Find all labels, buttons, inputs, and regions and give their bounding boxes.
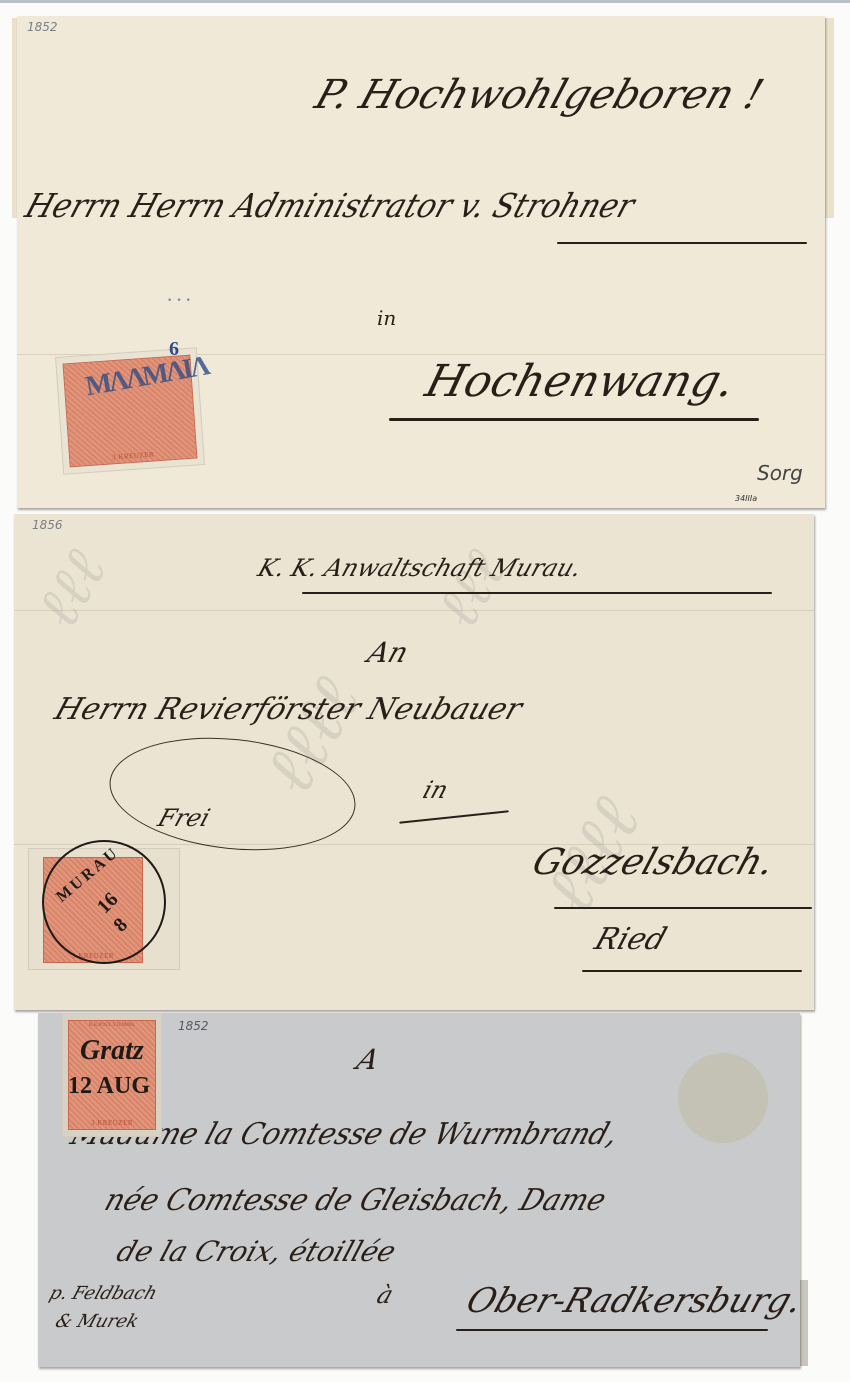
scan-top-edge [0,0,850,3]
address-line-4: de la Croix, étoillée [113,1235,401,1268]
stamp-value: 3 KREUZER [69,1119,155,1127]
address-line-3: in [377,306,396,330]
address-line-5: in [419,776,451,804]
stamp-value: 3 KREUZER [70,448,196,465]
postmark-day: 16 [93,888,123,918]
cancel-date: 12 AUG [68,1073,150,1100]
cover-2: ℓℓℓ ℓℓℓℓ ℓℓℓℓ ℓℓℓ 1856 K. K. Anwaltschaf… [14,514,814,1010]
underline [554,907,812,909]
underline [557,242,807,244]
address-line-1: A [353,1043,384,1076]
underline [399,810,509,823]
age-spot [678,1053,768,1143]
pencil-note-catalogue: 34IIIa [735,494,757,503]
fold-line [14,610,814,611]
blue-cancel-dots: · · · [167,292,191,310]
pencil-year: 1856 [32,518,63,532]
address-line-7: Ried [590,922,671,957]
stamp-top-text: K.K.POST. STEMPEL [69,1023,155,1028]
address-line-3: née Comtesse de Gleisbach, Dame [100,1183,610,1218]
show-through-writing: ℓℓℓ [22,539,120,639]
side-note-line-1: p. Feldbach [47,1283,160,1304]
address-line-4: Hochenwang. [420,356,740,407]
underline [582,970,802,972]
side-note-line-2: & Murek [53,1311,142,1332]
cover-1: 1852 P. Hochwohlgeboren ! Herrn Herrn Ad… [17,16,825,508]
address-line-1: P. Hochwohlgeboren ! [310,72,770,118]
postmark-month: 8 [109,914,132,937]
underline [302,592,772,594]
address-line-1: K. K. Anwaltschaft Murau. [254,554,585,582]
cover-3: 1852 A Madame la Comtesse de Wurmbrand, … [38,1013,800,1367]
pencil-year: 1852 [178,1019,209,1033]
underline [456,1329,768,1331]
address-line-2: An [364,636,413,669]
address-line-6: Gozzelsbach. [527,842,779,883]
postmark: MURAU 16 8 [42,840,166,964]
address-line-5: à [373,1281,396,1309]
address-line-2: Herrn Herrn Administrator v. Strohner [21,186,640,225]
pencil-note-signature: Sorg [757,461,803,485]
address-line-4: Frei [154,804,213,832]
address-line-6: Ober-Radkersburg. [462,1281,808,1321]
cancel-town: Gratz [80,1035,144,1067]
underline [389,418,759,421]
address-line-3: Herrn Revierförster Neubauer [50,692,526,727]
pencil-year: 1852 [27,20,58,34]
